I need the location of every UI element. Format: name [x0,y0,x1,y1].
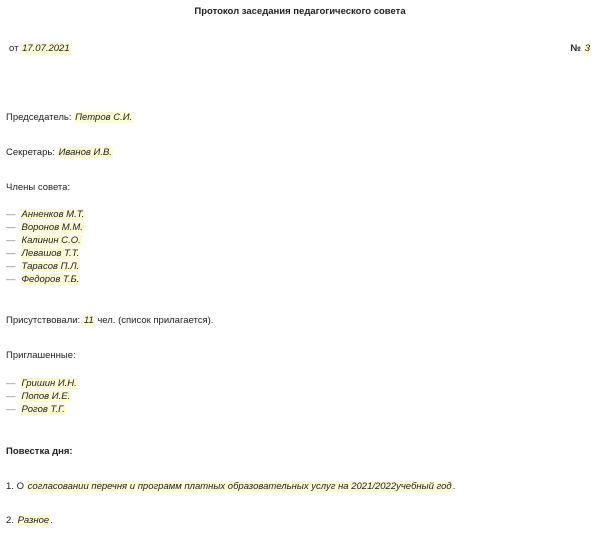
list-item: —Попов И.Е. [6,391,71,402]
agenda-label: Повестка дня: [6,446,73,457]
present-label: Присутствовали: [6,315,80,326]
number-line: № 3 [570,43,591,54]
chairman-label: Председатель: [6,112,72,123]
number-label: № [570,43,581,54]
list-item: —Воронов М.М. [6,222,84,233]
present-line: Присутствовали: 11 чел. (список прилагае… [6,315,213,326]
secretary-line: Секретарь: Иванов И.В. [6,147,113,158]
secretary-value: Иванов И.В. [58,147,113,158]
list-item: —Гришин И.Н. [6,378,78,389]
number-value: 3 [584,43,591,54]
date-prefix: от [9,43,18,54]
agenda-item-1: 1. О согласовании перечня и программ пла… [6,481,455,492]
date-line: от 17.07.2021 [9,43,71,54]
list-item: —Калинин С.О. [6,235,82,246]
list-item: —Федоров Т.Б. [6,274,80,285]
date-value: 17.07.2021 [21,43,71,54]
members-label: Члены совета: [6,182,70,193]
chairman-line: Председатель: Петров С.И. [6,112,133,123]
list-item: —Тарасов П.Л. [6,261,80,272]
present-suffix: чел. (список прилагается). [97,315,213,326]
document-title: Протокол заседания педагогического совет… [0,6,600,17]
secretary-label: Секретарь: [6,147,55,158]
chairman-value: Петров С.И. [74,112,133,123]
present-count: 11 [83,315,95,326]
list-item: —Анненков М.Т. [6,209,85,220]
invited-label: Приглашенные: [6,350,76,361]
agenda-item-2: 2. Разное. [6,515,53,526]
list-item: —Рогов Т.Г. [6,404,66,415]
list-item: —Левашов Т.Т. [6,248,80,259]
